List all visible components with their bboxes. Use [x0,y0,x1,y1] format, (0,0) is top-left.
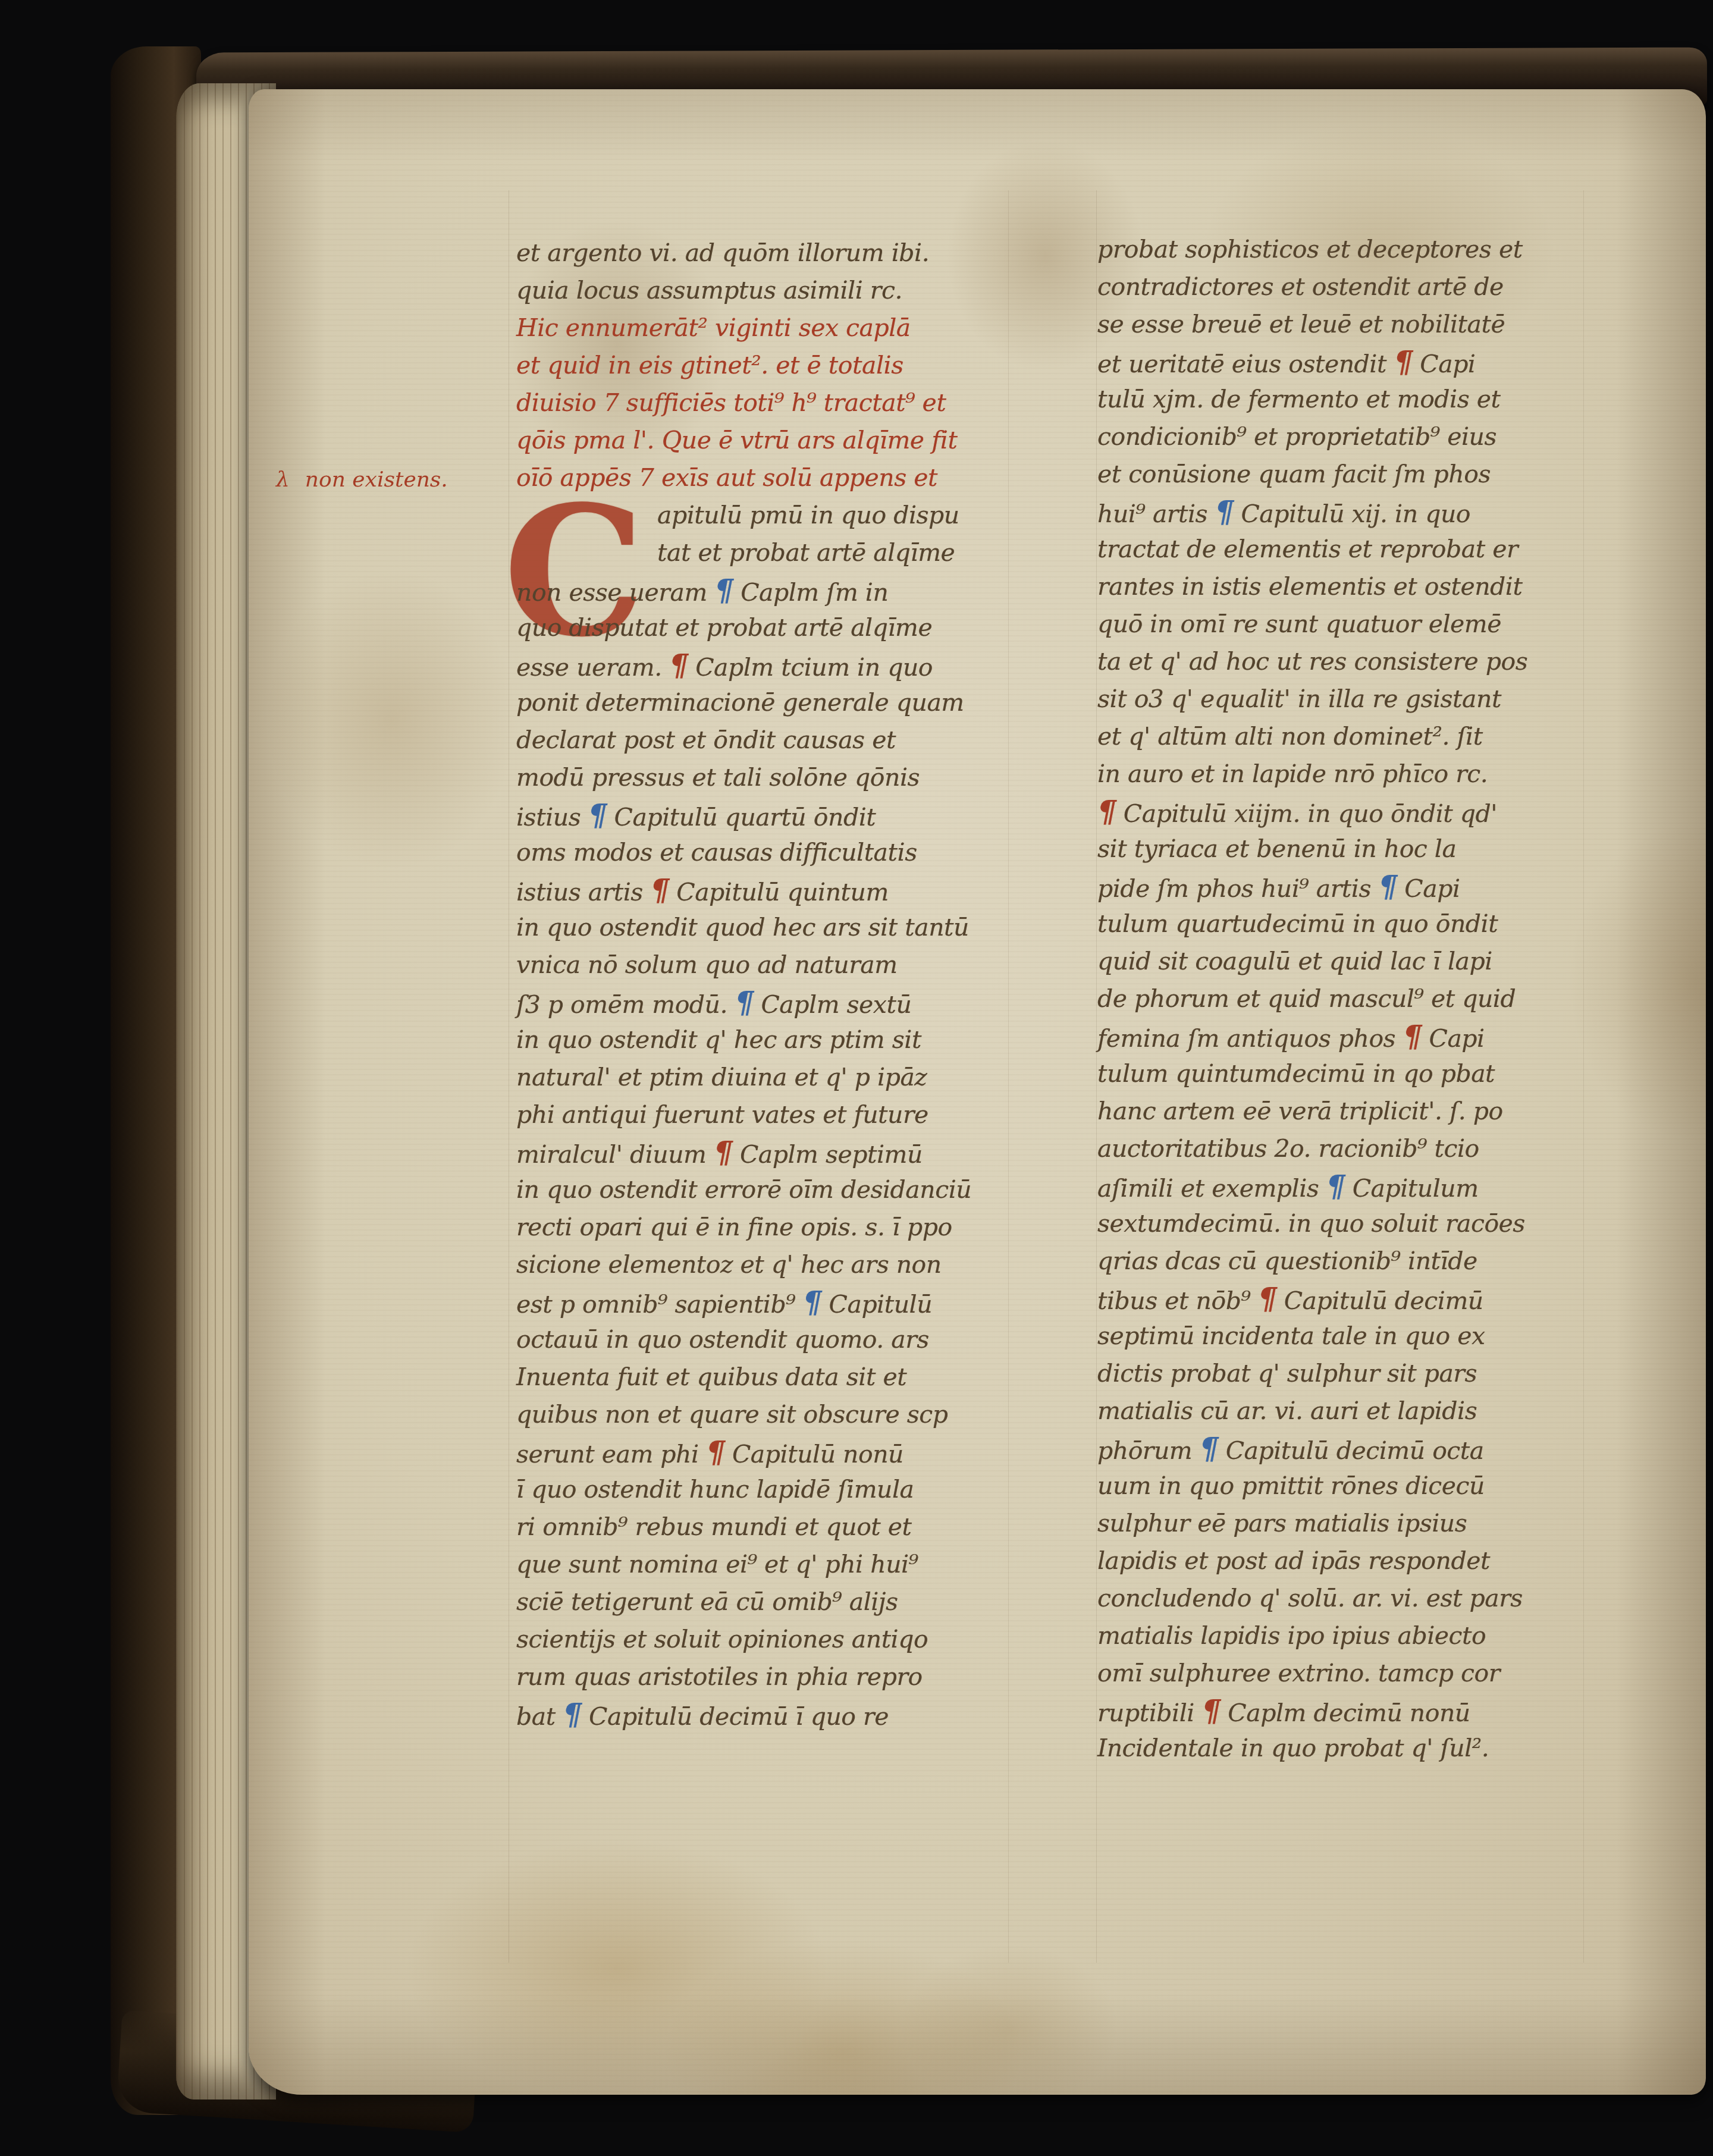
text-line: et q' altūm alti non dominet². ſit [1097,718,1527,755]
blue-pilcrow-mark: ¶ [1200,1431,1218,1466]
text-line: tibus et nōb⁹ ¶ Capitulū decimū [1097,1280,1527,1317]
blue-pilcrow-mark: ¶ [735,985,754,1020]
text-run: ponit determinacionē generale quam [516,688,964,717]
text-run: oms modos et causas difficultatis [516,838,917,867]
text-line: octauū in quo ostendit quomo. ars [516,1321,971,1358]
text-line: matialis cū ar. vi. auri et lapidis [1097,1392,1527,1430]
text-run: quid sit coagulū et quid lac ī lapi [1097,947,1492,975]
text-run: quibus non et quare sit obscure scp [516,1400,948,1429]
left-text-column: et argento vi. ad quōm illorum ibi.quia … [516,234,971,1733]
text-run: vnica nō solum quo ad naturam [516,950,898,979]
text-run: serunt eam phi [516,1440,706,1468]
text-line: concludendo q' solū. ar. vi. est pars [1097,1580,1527,1617]
text-run: in quo ostendit q' hec ars ptim sit [516,1025,921,1054]
text-line: quia locus assumptus asimili rc. [516,272,971,309]
text-run: concludendo q' solū. ar. vi. est pars [1097,1584,1523,1612]
text-run: oīō appēs 7 exīs aut solū appens et [516,463,937,492]
text-line: ¶ Capitulū xiijm. in quo ōndit qd' [1097,793,1527,830]
text-run: Capitulum [1345,1174,1478,1203]
text-run: Caplm decimū nonū [1221,1699,1470,1727]
text-line: sit tyriaca et benenū in hoc la [1097,830,1527,868]
text-run: septimū incidenta tale in quo ex [1097,1322,1485,1350]
text-run: tat et probat artē alqīme [657,538,955,567]
text-line: hanc artem eē verā triplicit'. ſ. po [1097,1093,1527,1130]
text-run: femina ſm antiquos phos [1097,1024,1403,1053]
margin-note-text: non existens. [305,467,448,492]
text-run: matialis lapidis ipo ipius abiecto [1097,1621,1486,1650]
text-run: tulum quartudecimū in quo ōndit [1097,909,1498,938]
text-line: ruptibili ¶ Caplm decimū nonū [1097,1692,1527,1730]
text-run: Capitulū xij. in quo [1234,500,1470,528]
text-run: Capi [1422,1024,1485,1053]
text-line: et quid in eis gtinet². et ē totalis [516,347,971,384]
text-run: Caplm sextū [754,990,911,1019]
text-run: ta et q' ad hoc ut res consistere pos [1097,647,1527,676]
text-line: tractat de elementis et reprobat er [1097,531,1527,568]
text-run: miralcul' diuum [516,1140,714,1169]
text-line: Incidentale in quo probat q' ſul². [1097,1730,1527,1767]
text-run: istius [516,803,588,831]
red-pilcrow-mark: ¶ [669,648,688,683]
text-line: natural' et ptim diuina et q' p ipāz [516,1059,971,1096]
text-line: Hic ennumerāt² viginti sex caplā [516,309,971,347]
text-line: et argento vi. ad quōm illorum ibi. [516,234,971,272]
text-line: istius artis ¶ Capitulū quintum [516,871,971,909]
text-line: femina ſm antiquos phos ¶ Capi [1097,1018,1527,1055]
text-line: quo disputat et probat artē alqīme [516,609,971,647]
text-line: sit o3 q' equalit' in illa re gsistant [1097,680,1527,718]
text-line: oms modos et causas difficultatis [516,834,971,871]
text-line: septimū incidenta tale in quo ex [1097,1317,1527,1355]
text-run: Capitulū decimū octa [1218,1436,1484,1465]
text-run: sextumdecimū. in quo soluit racōes [1097,1209,1525,1238]
blue-pilcrow-mark: ¶ [1215,494,1234,529]
text-line: que sunt nomina ei⁹ et q' phi hui⁹ [516,1546,971,1583]
margin-note: λnon existens. [276,467,448,492]
red-pilcrow-mark: ¶ [1258,1281,1276,1316]
text-line: ſ3 p omēm modū. ¶ Caplm sextū [516,984,971,1021]
text-run: istius artis [516,878,650,906]
text-run: lapidis et post ad ipās respondet [1097,1546,1490,1575]
text-line: hui⁹ artis ¶ Capitulū xij. in quo [1097,493,1527,531]
text-run: qōis pma l'. Que ē vtrū ars alqīme fit [516,426,957,454]
text-line: apitulū pmū in quo dispu [516,497,971,534]
text-run: ī quo ostendit hunc lapidē ſimula [516,1475,914,1504]
text-line: phōrum ¶ Capitulū decimū octa [1097,1430,1527,1467]
text-line: aſimili et exemplis ¶ Capitulum [1097,1168,1527,1205]
text-line: in auro et in lapide nrō phīco rc. [1097,755,1527,793]
text-run: aſimili et exemplis [1097,1174,1326,1203]
red-pilcrow-mark: ¶ [1403,1019,1422,1054]
red-pilcrow-mark: ¶ [650,873,669,908]
blue-pilcrow-mark: ¶ [1326,1169,1345,1204]
text-line: et conūsione quam facit ſm phos [1097,456,1527,493]
text-run: et quid in eis gtinet². et ē totalis [516,351,903,379]
text-line: condicionib⁹ et proprietatib⁹ eius [1097,418,1527,456]
right-text-column: probat sophisticos et deceptores etcontr… [1097,231,1527,1767]
red-pilcrow-mark: ¶ [706,1435,724,1470]
blue-pilcrow-mark: ¶ [714,573,733,608]
text-run: Caplm septimū [732,1140,923,1169]
text-line: Inuenta fuit et quibus data sit et [516,1358,971,1396]
text-run: recti opari qui ē in fine opis. s. ī ppo [516,1213,952,1241]
text-line: sicione elementoz et q' hec ars non [516,1246,971,1283]
text-line: rantes in istis elementis et ostendit [1097,568,1527,605]
text-run: et ueritatē eius ostendit [1097,350,1394,378]
red-pilcrow-mark: ¶ [1394,344,1412,379]
text-run: tulum quintumdecimū in qo pbat [1097,1059,1495,1088]
text-run: sit tyriaca et benenū in hoc la [1097,834,1456,863]
text-run: esse ueram. [516,653,669,682]
text-run: Capitulū decimū ī quo re [582,1702,889,1731]
text-run: hui⁹ artis [1097,500,1215,528]
text-run: Hic ennumerāt² viginti sex caplā [516,313,911,342]
red-pilcrow-mark: ¶ [714,1135,732,1170]
text-run: quia locus assumptus asimili rc. [516,276,902,305]
text-line: quid sit coagulū et quid lac ī lapi [1097,943,1527,980]
text-run: contradictores et ostendit artē de [1097,272,1504,301]
text-line: sextumdecimū. in quo soluit racōes [1097,1205,1527,1242]
text-run: Capitulū quintum [669,878,889,906]
text-line: rum quas aristotiles in phia repro [516,1658,971,1696]
text-run: in quo ostendit errorē oīm desidanciū [516,1175,971,1204]
text-run: qrias dcas cū questionib⁹ intīde [1097,1247,1477,1275]
text-line: auctoritatibus 2o. racionib⁹ tcio [1097,1130,1527,1168]
text-run: phōrum [1097,1436,1200,1465]
text-run: tulū xjm. de fermento et modis et [1097,385,1501,413]
red-pilcrow-mark: ¶ [1097,794,1116,829]
text-run: Caplm ſm in [733,578,889,607]
text-run: quō in omī re sunt quatuor elemē [1097,610,1501,638]
text-line: quō in omī re sunt quatuor elemē [1097,605,1527,643]
text-line: ī quo ostendit hunc lapidē ſimula [516,1471,971,1508]
text-line: uum in quo pmittit rōnes dicecū [1097,1467,1527,1505]
text-run: ri omnib⁹ rebus mundi et quot et [516,1512,912,1541]
text-run: bat [516,1702,563,1731]
text-line: omī sulphuree extrino. tamcp cor [1097,1655,1527,1692]
text-run: in quo ostendit quod hec ars sit tantū [516,913,969,942]
text-line: matialis lapidis ipo ipius abiecto [1097,1617,1527,1655]
text-line: de phorum et quid mascul⁹ et quid [1097,980,1527,1018]
text-run: diuisio 7 sufficiēs toti⁹ h⁹ tractat⁹ et [516,388,946,417]
text-run: et conūsione quam facit ſm phos [1097,460,1491,488]
text-run: apitulū pmū in quo dispu [657,501,959,529]
text-run: pide ſm phos hui⁹ artis [1097,874,1379,903]
text-run: hanc artem eē verā triplicit'. ſ. po [1097,1097,1503,1125]
text-line: diuisio 7 sufficiēs toti⁹ h⁹ tractat⁹ et [516,384,971,422]
text-line: oīō appēs 7 exīs aut solū appens et [516,459,971,497]
manuscript-photo: λnon existens. C et argento vi. ad quōm … [0,0,1713,2156]
text-line: scientijs et soluit opiniones antiqo [516,1621,971,1658]
text-run: auctoritatibus 2o. racionib⁹ tcio [1097,1134,1479,1163]
text-run: Capitulū decimū [1276,1286,1483,1315]
text-run: ſ3 p omēm modū. [516,990,735,1019]
text-run: dictis probat q' sulphur sit pars [1097,1359,1477,1388]
text-line: qōis pma l'. Que ē vtrū ars alqīme fit [516,422,971,459]
text-line: quibus non et quare sit obscure scp [516,1396,971,1433]
text-run: Capitulū xiijm. in quo ōndit qd' [1116,799,1497,828]
text-line: dictis probat q' sulphur sit pars [1097,1355,1527,1392]
text-run: in auro et in lapide nrō phīco rc. [1097,760,1488,788]
text-run: de phorum et quid mascul⁹ et quid [1097,984,1516,1013]
text-run: octauū in quo ostendit quomo. ars [516,1325,929,1354]
text-run: rum quas aristotiles in phia repro [516,1662,923,1691]
text-line: se esse breuē et leuē et nobilitatē [1097,306,1527,343]
text-run: matialis cū ar. vi. auri et lapidis [1097,1396,1477,1425]
text-line: phi antiqui fuerunt vates et future [516,1096,971,1134]
text-run: modū pressus et tali solōne qōnis [516,763,920,792]
blue-pilcrow-mark: ¶ [1379,869,1397,904]
text-line: sulphur eē pars matialis ipsius [1097,1505,1527,1542]
text-line: vnica nō solum quo ad naturam [516,946,971,984]
text-run: se esse breuē et leuē et nobilitatē [1097,310,1505,338]
text-line: tulum quintumdecimū in qo pbat [1097,1055,1527,1093]
text-run: quo disputat et probat artē alqīme [516,613,932,642]
text-line: est p omnib⁹ sapientib⁹ ¶ Capitulū [516,1283,971,1321]
text-line: miralcul' diuum ¶ Caplm septimū [516,1134,971,1171]
text-line: in quo ostendit q' hec ars ptim sit [516,1021,971,1059]
text-run: Capi [1413,350,1476,378]
text-run: scientijs et soluit opiniones antiqo [516,1625,928,1653]
text-run: probat sophisticos et deceptores et [1097,235,1523,263]
text-line: probat sophisticos et deceptores et [1097,231,1527,268]
text-run: Capitulū [821,1290,932,1319]
text-line: modū pressus et tali solōne qōnis [516,759,971,796]
text-line: recti opari qui ē in fine opis. s. ī ppo [516,1209,971,1246]
text-line: tulum quartudecimū in quo ōndit [1097,905,1527,943]
text-run: uum in quo pmittit rōnes dicecū [1097,1471,1485,1500]
text-line: pide ſm phos hui⁹ artis ¶ Capi [1097,868,1527,905]
text-run: rantes in istis elementis et ostendit [1097,572,1522,601]
text-run: et q' altūm alti non dominet². ſit [1097,722,1483,751]
text-line: serunt eam phi ¶ Capitulū nonū [516,1433,971,1471]
text-run: sciē tetigerunt eā cū omib⁹ alijs [516,1587,898,1616]
text-run: phi antiqui fuerunt vates et future [516,1100,928,1129]
text-run: est p omnib⁹ sapientib⁹ [516,1290,803,1319]
text-run: Capitulū nonū [724,1440,903,1468]
text-line: ponit determinacionē generale quam [516,684,971,721]
text-run: que sunt nomina ei⁹ et q' phi hui⁹ [516,1550,918,1578]
text-run: Caplm tcium in quo [688,653,933,682]
text-run: omī sulphuree extrino. tamcp cor [1097,1659,1500,1687]
text-run: Capitulū quartū ōndit [607,803,876,831]
text-run: Capi [1397,874,1460,903]
text-line: ta et q' ad hoc ut res consistere pos [1097,643,1527,680]
text-line: sciē tetigerunt eā cū omib⁹ alijs [516,1583,971,1621]
text-line: bat ¶ Capitulū decimū ī quo re [516,1696,971,1733]
text-run: natural' et ptim diuina et q' p ipāz [516,1063,927,1091]
manuscript-page: λnon existens. C et argento vi. ad quōm … [249,89,1706,2095]
text-run: sit o3 q' equalit' in illa re gsistant [1097,685,1501,713]
blue-pilcrow-mark: ¶ [803,1285,821,1320]
text-line: lapidis et post ad ipās respondet [1097,1542,1527,1580]
red-pilcrow-mark: ¶ [1201,1693,1220,1728]
text-run: Incidentale in quo probat q' ſul². [1097,1734,1489,1762]
text-line: tat et probat artē alqīme [516,534,971,572]
text-line: qrias dcas cū questionib⁹ intīde [1097,1242,1527,1280]
text-line: contradictores et ostendit artē de [1097,268,1527,306]
text-line: non esse ueram ¶ Caplm ſm in [516,572,971,609]
text-run: non esse ueram [516,578,714,607]
text-line: ri omnib⁹ rebus mundi et quot et [516,1508,971,1546]
blue-pilcrow-mark: ¶ [588,798,607,833]
text-run: tractat de elementis et reprobat er [1097,535,1518,563]
text-run: declarat post et ōndit causas et [516,726,896,754]
text-line: esse ueram. ¶ Caplm tcium in quo [516,647,971,684]
text-run: sulphur eē pars matialis ipsius [1097,1509,1467,1537]
text-run: condicionib⁹ et proprietatib⁹ eius [1097,422,1496,451]
text-line: istius ¶ Capitulū quartū ōndit [516,796,971,834]
text-run: Inuenta fuit et quibus data sit et [516,1363,906,1391]
text-run: ruptibili [1097,1699,1201,1727]
text-line: in quo ostendit quod hec ars sit tantū [516,909,971,946]
text-line: et ueritatē eius ostendit ¶ Capi [1097,343,1527,381]
blue-pilcrow-mark: ¶ [563,1697,581,1732]
text-line: tulū xjm. de fermento et modis et [1097,381,1527,418]
text-run: tibus et nōb⁹ [1097,1286,1258,1315]
text-line: declarat post et ōndit causas et [516,721,971,759]
text-run: et argento vi. ad quōm illorum ibi. [516,238,929,267]
text-run: sicione elementoz et q' hec ars non [516,1250,942,1279]
text-line: in quo ostendit errorē oīm desidanciū [516,1171,971,1209]
margin-note-mark: λ [276,467,290,492]
